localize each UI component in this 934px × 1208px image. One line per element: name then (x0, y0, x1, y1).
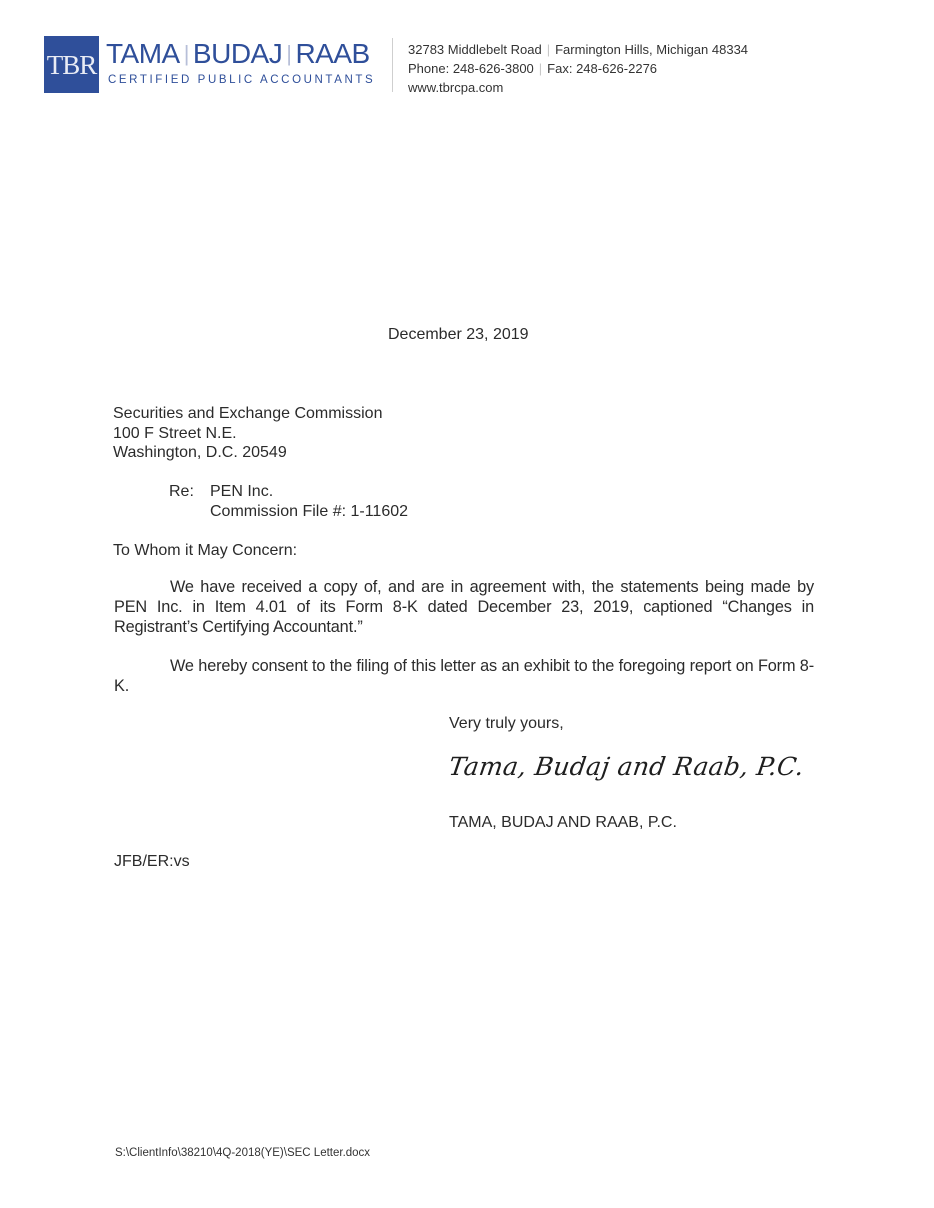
firm-name-part: TAMA (106, 38, 180, 69)
phone: Phone: 248-626-3800 (408, 61, 534, 76)
firm-name: TAMA|BUDAJ|RAAB (106, 38, 370, 72)
file-path-footer: S:\ClientInfo\38210\4Q-2018(YE)\SEC Lett… (115, 1147, 370, 1159)
firm-name-part: BUDAJ (193, 38, 282, 69)
firm-logo: TBR (44, 36, 99, 93)
firm-name-part: RAAB (295, 38, 369, 69)
firm-tagline: CERTIFIED PUBLIC ACCOUNTANTS (108, 74, 375, 86)
letter-date: December 23, 2019 (388, 325, 529, 345)
contact-block: 32783 Middlebelt Road|Farmington Hills, … (408, 40, 748, 97)
phone-line: Phone: 248-626-3800|Fax: 248-626-2276 (408, 59, 748, 78)
contact-divider: | (547, 42, 550, 57)
fax: Fax: 248-626-2276 (547, 61, 657, 76)
paragraph-text: We have received a copy of, and are in a… (114, 578, 814, 636)
re-block: PEN Inc. Commission File #: 1-11602 (210, 482, 408, 521)
header-divider (392, 38, 393, 92)
paragraph-text: We hereby consent to the filing of this … (114, 657, 814, 695)
signatory-name: TAMA, BUDAJ AND RAAB, P.C. (449, 813, 677, 833)
contact-divider: | (539, 61, 542, 76)
body-paragraph: We hereby consent to the filing of this … (114, 656, 814, 696)
name-divider: | (184, 41, 189, 66)
website: www.tbrcpa.com (408, 78, 748, 97)
address-city: Farmington Hills, Michigan 48334 (555, 42, 748, 57)
recipient-line: Securities and Exchange Commission (113, 404, 382, 424)
re-commission-file: Commission File #: 1-11602 (210, 502, 408, 522)
salutation: To Whom it May Concern: (113, 541, 297, 561)
recipient-address: Securities and Exchange Commission 100 F… (113, 404, 382, 463)
recipient-line: 100 F Street N.E. (113, 424, 382, 444)
re-label: Re: (169, 482, 194, 502)
re-company: PEN Inc. (210, 482, 408, 502)
address-street: 32783 Middlebelt Road (408, 42, 542, 57)
body-paragraph: We have received a copy of, and are in a… (114, 577, 814, 637)
address-line: 32783 Middlebelt Road|Farmington Hills, … (408, 40, 748, 59)
closing: Very truly yours, (449, 714, 564, 734)
signature: Tama, Budaj and Raab, P.C. (447, 752, 806, 781)
logo-initials: TBR (47, 50, 97, 81)
name-divider: | (286, 41, 291, 66)
reference-initials: JFB/ER:vs (114, 852, 190, 872)
recipient-line: Washington, D.C. 20549 (113, 443, 382, 463)
